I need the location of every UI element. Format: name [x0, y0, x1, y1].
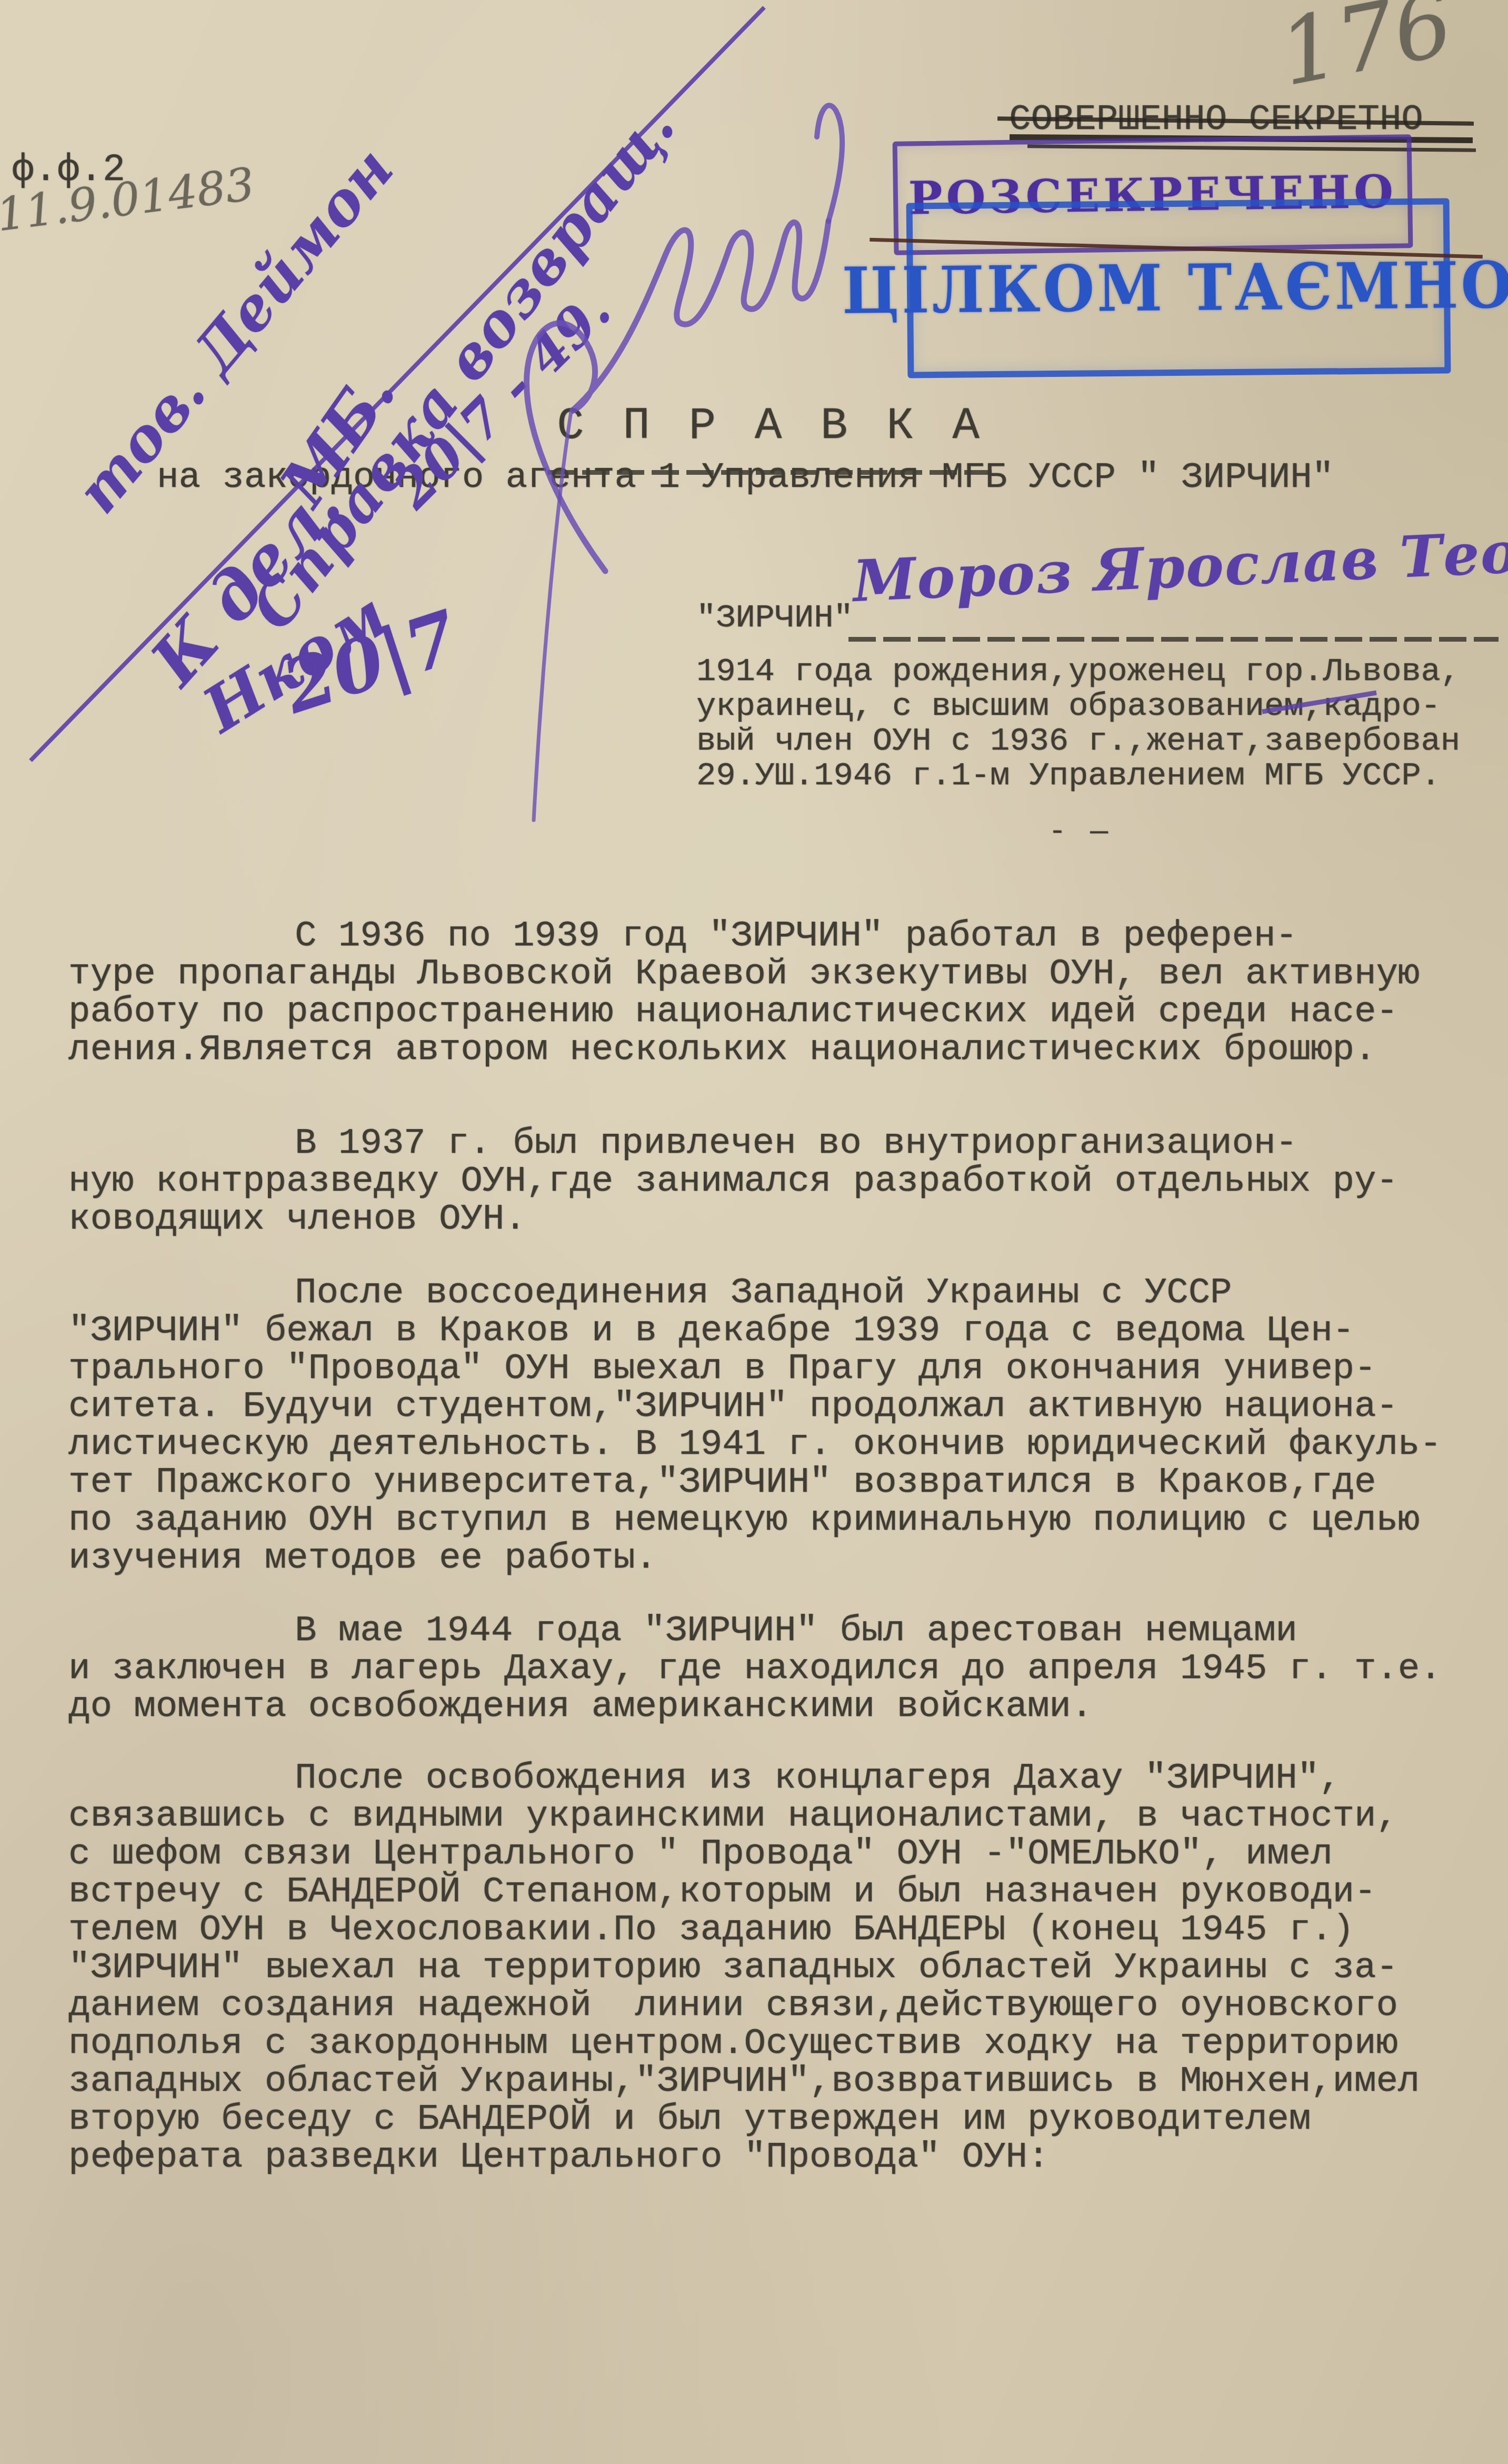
signature-flourish	[526, 221, 828, 571]
ink-marks-overlay	[0, 0, 1508, 2464]
diagonal-ink-line	[31, 7, 764, 761]
bio-word-strike	[1262, 693, 1376, 712]
document-page: ф.ф.2 11.9.01483 176 СОВЕРШЕННО СЕКРЕТНО…	[0, 0, 1508, 2464]
signature-flourish-hook	[817, 105, 842, 221]
signature-descender	[534, 412, 571, 820]
